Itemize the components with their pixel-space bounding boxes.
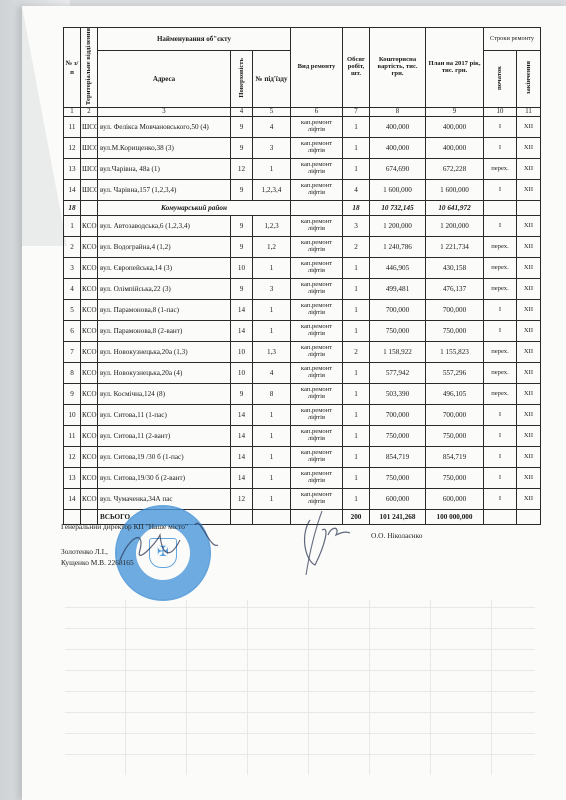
row-end: XII bbox=[517, 363, 541, 384]
row-department: ШСО bbox=[81, 180, 98, 201]
row-repair-type: кап.ремонтліфтів bbox=[291, 447, 343, 468]
row-address: вул. Ситова,11 (1-пас) bbox=[98, 405, 231, 426]
row-department: КСО bbox=[81, 405, 98, 426]
row-repair-type: кап.ремонтліфтів bbox=[291, 300, 343, 321]
row-end: XII bbox=[517, 138, 541, 159]
row-address: вул. Водограйна,4 (1,2) bbox=[98, 237, 231, 258]
header-end: закінчення bbox=[517, 50, 541, 108]
row-repair-type: кап.ремонтліфтів bbox=[291, 237, 343, 258]
row-volume: 1 bbox=[343, 300, 370, 321]
row-volume: 1 bbox=[343, 426, 370, 447]
row-plan: 672,228 bbox=[426, 159, 484, 180]
repair-type-line: ліфтів bbox=[292, 190, 341, 197]
row-address: вул. Новокузнецька,20а (4) bbox=[98, 363, 231, 384]
table-row: 1КСОвул. Автозаводська,6 (1,2,3,4)91,2,3… bbox=[64, 216, 541, 237]
row-estimate: 854,719 bbox=[370, 447, 426, 468]
director-name: О.О. Ніколаєнко bbox=[371, 531, 422, 540]
row-repair-type: кап.ремонтліфтів bbox=[291, 384, 343, 405]
row-entrance: 1 bbox=[253, 300, 291, 321]
row-start: перех. bbox=[484, 159, 517, 180]
row-repair-type: кап.ремонтліфтів bbox=[291, 321, 343, 342]
row-floors: 10 bbox=[231, 342, 253, 363]
row-repair-type: кап.ремонтліфтів bbox=[291, 159, 343, 180]
director-title: Генеральний директор КП "Наше місто" bbox=[61, 522, 188, 531]
table-row: 5КСОвул. Парамонова,8 (1-пас)141кап.ремо… bbox=[64, 300, 541, 321]
row-department: КСО bbox=[81, 321, 98, 342]
row-plan: 1 600,000 bbox=[426, 180, 484, 201]
row-number: 13 bbox=[64, 159, 81, 180]
row-entrance: 3 bbox=[253, 138, 291, 159]
row-entrance: 1,2,3 bbox=[253, 216, 291, 237]
row-address: вул. Ситова,19 /30 б (1-пас) bbox=[98, 447, 231, 468]
repair-type-line: ліфтів bbox=[292, 352, 341, 359]
repair-type-line: ліфтів bbox=[292, 127, 341, 134]
row-address: вул. Феліксa Мовчановського,50 (4) bbox=[98, 117, 231, 138]
row-estimate: 700,000 bbox=[370, 300, 426, 321]
row-volume: 1 bbox=[343, 258, 370, 279]
row-plan: 700,000 bbox=[426, 405, 484, 426]
row-volume: 3 bbox=[343, 216, 370, 237]
row-estimate: 446,905 bbox=[370, 258, 426, 279]
repair-type-line: ліфтів bbox=[292, 226, 341, 233]
row-plan: 750,000 bbox=[426, 468, 484, 489]
row-volume: 1 bbox=[343, 489, 370, 510]
row-department: ШСО bbox=[81, 138, 98, 159]
district-plan: 10 641,972 bbox=[426, 201, 484, 216]
row-start: I bbox=[484, 405, 517, 426]
row-entrance: 4 bbox=[253, 363, 291, 384]
row-volume: 1 bbox=[343, 117, 370, 138]
row-plan: 400,000 bbox=[426, 138, 484, 159]
table-row: 9КСОвул. Космічна,124 (8)98кап.ремонтліф… bbox=[64, 384, 541, 405]
row-entrance: 1,3 bbox=[253, 342, 291, 363]
row-volume: 4 bbox=[343, 180, 370, 201]
row-floors: 14 bbox=[231, 405, 253, 426]
row-entrance: 1 bbox=[253, 405, 291, 426]
row-volume: 1 bbox=[343, 321, 370, 342]
row-floors: 12 bbox=[231, 159, 253, 180]
row-start: I bbox=[484, 321, 517, 342]
row-plan: 476,137 bbox=[426, 279, 484, 300]
row-end: XII bbox=[517, 405, 541, 426]
row-address: вул. Парамонова,8 (1-пас) bbox=[98, 300, 231, 321]
row-department: КСО bbox=[81, 342, 98, 363]
row-plan: 496,105 bbox=[426, 384, 484, 405]
repair-type-line: ліфтів bbox=[292, 289, 341, 296]
row-plan: 557,296 bbox=[426, 363, 484, 384]
page-curl bbox=[22, 6, 67, 246]
coat-of-arms-icon: ✠ bbox=[149, 538, 177, 568]
prepared-by-1: Золотенко Л.І., bbox=[61, 547, 108, 556]
row-end: XII bbox=[517, 447, 541, 468]
row-number: 10 bbox=[64, 405, 81, 426]
column-number: 3 bbox=[98, 108, 231, 117]
row-repair-type: кап.ремонтліфтів bbox=[291, 489, 343, 510]
row-entrance: 1 bbox=[253, 159, 291, 180]
row-address: вул. Європейська,14 (3) bbox=[98, 258, 231, 279]
row-plan: 430,158 bbox=[426, 258, 484, 279]
column-numbers-row: 1234567891011 bbox=[64, 108, 541, 117]
row-address: вул. Новокузнецька,20а (1,3) bbox=[98, 342, 231, 363]
row-plan: 1 155,823 bbox=[426, 342, 484, 363]
district-estimate: 10 732,145 bbox=[370, 201, 426, 216]
row-end: XII bbox=[517, 489, 541, 510]
column-number: 4 bbox=[231, 108, 253, 117]
row-volume: 2 bbox=[343, 342, 370, 363]
table-row: 4КСОвул. Олімпійська,22 (3)93кап.ремонтл… bbox=[64, 279, 541, 300]
column-number: 8 bbox=[370, 108, 426, 117]
row-end: XII bbox=[517, 279, 541, 300]
table-row: 12КСОвул. Ситова,19 /30 б (1-пас)141кап.… bbox=[64, 447, 541, 468]
row-repair-type: кап.ремонтліфтів bbox=[291, 342, 343, 363]
row-repair-type: кап.ремонтліфтів bbox=[291, 405, 343, 426]
repair-type-line: ліфтів bbox=[292, 478, 341, 485]
row-address: вул. Автозаводська,6 (1,2,3,4) bbox=[98, 216, 231, 237]
total-plan: 100 000,000 bbox=[426, 510, 484, 525]
table-row: 12ШСОвул.М.Корищенко,38 (3)93кап.ремонтл… bbox=[64, 138, 541, 159]
row-estimate: 750,000 bbox=[370, 468, 426, 489]
row-start: I bbox=[484, 180, 517, 201]
row-end: XII bbox=[517, 258, 541, 279]
row-start: I bbox=[484, 300, 517, 321]
row-number: 9 bbox=[64, 384, 81, 405]
row-entrance: 1,2,3,4 bbox=[253, 180, 291, 201]
row-volume: 1 bbox=[343, 447, 370, 468]
row-plan: 1 221,734 bbox=[426, 237, 484, 258]
row-floors: 14 bbox=[231, 447, 253, 468]
row-estimate: 1 158,922 bbox=[370, 342, 426, 363]
repair-type-line: ліфтів bbox=[292, 394, 341, 401]
row-number: 14 bbox=[64, 180, 81, 201]
row-start: перех. bbox=[484, 279, 517, 300]
repair-type-line: ліфтів bbox=[292, 457, 341, 464]
header-territorial: Територіальне відділення bbox=[81, 28, 98, 108]
district-volume: 18 bbox=[343, 201, 370, 216]
row-repair-type: кап.ремонтліфтів bbox=[291, 117, 343, 138]
column-number: 2 bbox=[81, 108, 98, 117]
total-estimate: 101 241,268 bbox=[370, 510, 426, 525]
table-row: 13ШСОвул.Чарівна, 48а (1)121кап.ремонтлі… bbox=[64, 159, 541, 180]
row-estimate: 1 200,000 bbox=[370, 216, 426, 237]
row-end: XII bbox=[517, 321, 541, 342]
row-department: ШСО bbox=[81, 159, 98, 180]
district-count: 18 bbox=[64, 201, 81, 216]
row-number: 11 bbox=[64, 426, 81, 447]
row-entrance: 3 bbox=[253, 279, 291, 300]
row-estimate: 674,690 bbox=[370, 159, 426, 180]
header-entrance: № під'їзду bbox=[253, 50, 291, 108]
row-start: I bbox=[484, 426, 517, 447]
row-entrance: 1 bbox=[253, 258, 291, 279]
header-terms: Строки ремонту bbox=[484, 28, 541, 51]
row-repair-type: кап.ремонтліфтів bbox=[291, 258, 343, 279]
row-department: КСО bbox=[81, 489, 98, 510]
header-object-name: Найменування об"єкту bbox=[98, 28, 291, 51]
table-row: 14КСОвул. Чумаченка,34А пас121кап.ремонт… bbox=[64, 489, 541, 510]
row-floors: 9 bbox=[231, 237, 253, 258]
row-plan: 750,000 bbox=[426, 321, 484, 342]
row-floors: 9 bbox=[231, 279, 253, 300]
row-plan: 1 200,000 bbox=[426, 216, 484, 237]
header-repair-type: Вид ремонту bbox=[291, 28, 343, 108]
row-end: XII bbox=[517, 342, 541, 363]
row-estimate: 750,000 bbox=[370, 321, 426, 342]
row-address: вул. Олімпійська,22 (3) bbox=[98, 279, 231, 300]
row-department: КСО bbox=[81, 384, 98, 405]
row-plan: 600,000 bbox=[426, 489, 484, 510]
table-row: 7КСОвул. Новокузнецька,20а (1,3)101,3кап… bbox=[64, 342, 541, 363]
row-start: I bbox=[484, 468, 517, 489]
column-number: 6 bbox=[291, 108, 343, 117]
row-start: I bbox=[484, 138, 517, 159]
prepared-by-2: Кущенко М.В. 2268165 bbox=[61, 558, 134, 567]
row-number: 3 bbox=[64, 258, 81, 279]
row-number: 11 bbox=[64, 117, 81, 138]
total-volume: 200 bbox=[343, 510, 370, 525]
row-volume: 1 bbox=[343, 468, 370, 489]
column-number: 1 bbox=[64, 108, 81, 117]
row-estimate: 1 600,000 bbox=[370, 180, 426, 201]
row-end: XII bbox=[517, 384, 541, 405]
row-plan: 400,000 bbox=[426, 117, 484, 138]
row-plan: 750,000 bbox=[426, 426, 484, 447]
header-address: Адреса bbox=[98, 50, 231, 108]
row-repair-type: кап.ремонтліфтів bbox=[291, 279, 343, 300]
row-department: КСО bbox=[81, 300, 98, 321]
row-end: XII bbox=[517, 468, 541, 489]
row-floors: 14 bbox=[231, 426, 253, 447]
row-entrance: 1 bbox=[253, 447, 291, 468]
row-entrance: 1,2 bbox=[253, 237, 291, 258]
row-repair-type: кап.ремонтліфтів bbox=[291, 180, 343, 201]
row-end: XII bbox=[517, 216, 541, 237]
header-num: № з/п bbox=[64, 28, 81, 108]
row-address: вул. Парамонова,8 (2-вант) bbox=[98, 321, 231, 342]
row-volume: 1 bbox=[343, 138, 370, 159]
district-name: Комунарський район bbox=[98, 201, 291, 216]
row-number: 12 bbox=[64, 138, 81, 159]
row-start: I bbox=[484, 117, 517, 138]
row-estimate: 700,000 bbox=[370, 405, 426, 426]
row-floors: 14 bbox=[231, 321, 253, 342]
column-number: 5 bbox=[253, 108, 291, 117]
repair-type-line: ліфтів bbox=[292, 436, 341, 443]
row-department: КСО bbox=[81, 237, 98, 258]
row-department: КСО bbox=[81, 258, 98, 279]
header-volume: Обсяг робіт, шт. bbox=[343, 28, 370, 108]
repair-type-line: ліфтів bbox=[292, 268, 341, 275]
repair-type-line: ліфтів bbox=[292, 247, 341, 254]
table-row: 3КСОвул. Європейська,14 (3)101кап.ремонт… bbox=[64, 258, 541, 279]
row-floors: 10 bbox=[231, 258, 253, 279]
row-floors: 14 bbox=[231, 468, 253, 489]
district-row: 18 Комунарський район 18 10 732,145 10 6… bbox=[64, 201, 541, 216]
row-volume: 1 bbox=[343, 159, 370, 180]
row-estimate: 750,000 bbox=[370, 426, 426, 447]
row-address: вул. Ситова,11 (2-вант) bbox=[98, 426, 231, 447]
row-estimate: 577,942 bbox=[370, 363, 426, 384]
row-number: 5 bbox=[64, 300, 81, 321]
repair-type-line: ліфтів bbox=[292, 148, 341, 155]
row-entrance: 1 bbox=[253, 489, 291, 510]
header-estimate: Кошторисна вартість, тис. грн. bbox=[370, 28, 426, 108]
row-number: 13 bbox=[64, 468, 81, 489]
row-repair-type: кап.ремонтліфтів bbox=[291, 426, 343, 447]
row-end: XII bbox=[517, 180, 541, 201]
table-row: 6КСОвул. Парамонова,8 (2-вант)141кап.рем… bbox=[64, 321, 541, 342]
row-department: КСО bbox=[81, 468, 98, 489]
row-entrance: 1 bbox=[253, 426, 291, 447]
row-department: КСО bbox=[81, 426, 98, 447]
row-start: перех. bbox=[484, 384, 517, 405]
row-end: XII bbox=[517, 237, 541, 258]
row-entrance: 8 bbox=[253, 384, 291, 405]
row-floors: 9 bbox=[231, 216, 253, 237]
row-repair-type: кап.ремонтліфтів bbox=[291, 216, 343, 237]
repair-type-line: ліфтів bbox=[292, 331, 341, 338]
row-start: перех. bbox=[484, 363, 517, 384]
row-repair-type: кап.ремонтліфтів bbox=[291, 468, 343, 489]
row-volume: 1 bbox=[343, 363, 370, 384]
repair-plan-table: № з/п Територіальне відділення Найменува… bbox=[63, 27, 541, 525]
column-number: 9 bbox=[426, 108, 484, 117]
row-start: перех. bbox=[484, 258, 517, 279]
header-start: початок bbox=[484, 50, 517, 108]
header-floors: Поверховість bbox=[231, 50, 253, 108]
row-department: КСО bbox=[81, 447, 98, 468]
row-entrance: 4 bbox=[253, 117, 291, 138]
row-entrance: 1 bbox=[253, 321, 291, 342]
column-number: 10 bbox=[484, 108, 517, 117]
column-number: 7 bbox=[343, 108, 370, 117]
row-address: вул.Чарівна, 48а (1) bbox=[98, 159, 231, 180]
row-estimate: 400,000 bbox=[370, 117, 426, 138]
row-department: КСО bbox=[81, 216, 98, 237]
table-row: 13КСОвул. Ситова,19/30 б (2-вант)141кап.… bbox=[64, 468, 541, 489]
row-number: 1 bbox=[64, 216, 81, 237]
row-volume: 1 bbox=[343, 405, 370, 426]
row-estimate: 503,390 bbox=[370, 384, 426, 405]
column-number: 11 bbox=[517, 108, 541, 117]
table-row: 8КСОвул. Новокузнецька,20а (4)104кап.рем… bbox=[64, 363, 541, 384]
row-department: ШСО bbox=[81, 117, 98, 138]
row-number: 2 bbox=[64, 237, 81, 258]
repair-type-line: ліфтів bbox=[292, 415, 341, 422]
row-start: перех. bbox=[484, 237, 517, 258]
row-start: перех. bbox=[484, 342, 517, 363]
row-floors: 12 bbox=[231, 489, 253, 510]
repair-type-line: ліфтів bbox=[292, 310, 341, 317]
row-start: I bbox=[484, 447, 517, 468]
header-plan: План на 2017 рік, тис. грн. bbox=[426, 28, 484, 108]
row-repair-type: кап.ремонтліфтів bbox=[291, 138, 343, 159]
row-number: 7 bbox=[64, 342, 81, 363]
row-repair-type: кап.ремонтліфтів bbox=[291, 363, 343, 384]
row-address: вул. Ситова,19/30 б (2-вант) bbox=[98, 468, 231, 489]
row-estimate: 600,000 bbox=[370, 489, 426, 510]
row-number: 6 bbox=[64, 321, 81, 342]
row-number: 14 bbox=[64, 489, 81, 510]
row-department: КСО bbox=[81, 279, 98, 300]
row-end: XII bbox=[517, 426, 541, 447]
row-estimate: 1 240,786 bbox=[370, 237, 426, 258]
row-volume: 1 bbox=[343, 279, 370, 300]
row-plan: 854,719 bbox=[426, 447, 484, 468]
repair-type-line: ліфтів bbox=[292, 499, 341, 506]
row-address: вул. Космічна,124 (8) bbox=[98, 384, 231, 405]
row-volume: 1 bbox=[343, 384, 370, 405]
table-row: 14ШСОвул. Чарівна,157 (1,2,3,4)91,2,3,4к… bbox=[64, 180, 541, 201]
row-start: I bbox=[484, 489, 517, 510]
row-floors: 9 bbox=[231, 138, 253, 159]
row-floors: 14 bbox=[231, 300, 253, 321]
table-row: 2КСОвул. Водограйна,4 (1,2)91,2кап.ремон… bbox=[64, 237, 541, 258]
repair-type-line: ліфтів bbox=[292, 373, 341, 380]
row-estimate: 400,000 bbox=[370, 138, 426, 159]
row-volume: 2 bbox=[343, 237, 370, 258]
row-estimate: 499,481 bbox=[370, 279, 426, 300]
bleed-through bbox=[65, 600, 535, 775]
row-department: КСО bbox=[81, 363, 98, 384]
repair-type-line: ліфтів bbox=[292, 169, 341, 176]
row-start: I bbox=[484, 216, 517, 237]
row-end: XII bbox=[517, 300, 541, 321]
row-number: 4 bbox=[64, 279, 81, 300]
row-number: 12 bbox=[64, 447, 81, 468]
row-floors: 10 bbox=[231, 363, 253, 384]
row-end: XII bbox=[517, 159, 541, 180]
row-end: XII bbox=[517, 117, 541, 138]
row-address: вул. Чарівна,157 (1,2,3,4) bbox=[98, 180, 231, 201]
row-address: вул.М.Корищенко,38 (3) bbox=[98, 138, 231, 159]
table-row: 10КСОвул. Ситова,11 (1-пас)141кап.ремонт… bbox=[64, 405, 541, 426]
row-floors: 9 bbox=[231, 180, 253, 201]
row-plan: 700,000 bbox=[426, 300, 484, 321]
row-floors: 9 bbox=[231, 384, 253, 405]
table-row: 11КСОвул. Ситова,11 (2-вант)141кап.ремон… bbox=[64, 426, 541, 447]
row-entrance: 1 bbox=[253, 468, 291, 489]
row-number: 8 bbox=[64, 363, 81, 384]
row-floors: 9 bbox=[231, 117, 253, 138]
table-row: 11ШСОвул. Феліксa Мовчановського,50 (4)9… bbox=[64, 117, 541, 138]
